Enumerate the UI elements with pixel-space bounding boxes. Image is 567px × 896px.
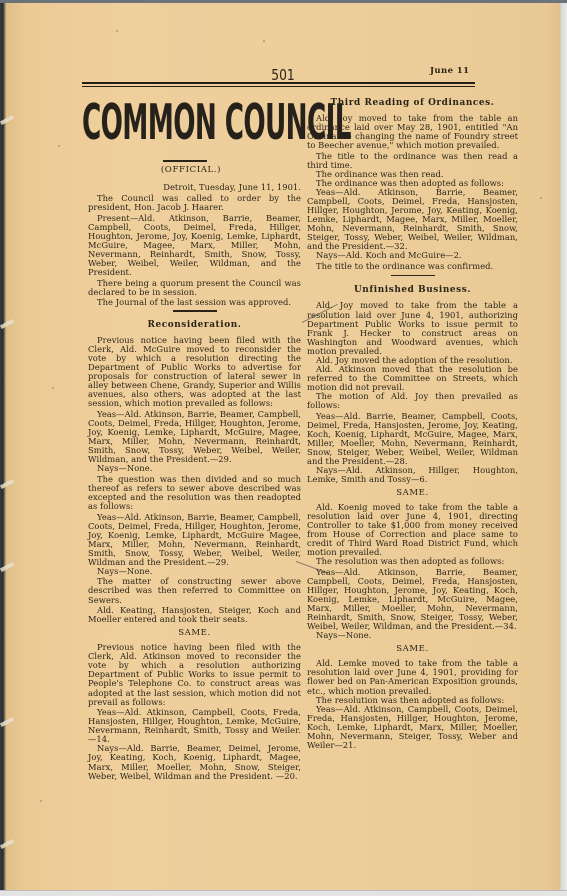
vote-yeas: Yeas—Ald. Atkinson, Barrie, Beamer, Camp… bbox=[88, 513, 301, 567]
masthead-title: COMMON COUNCIL bbox=[82, 92, 218, 155]
paragraph: The motion of Ald. Joy then prevailed as… bbox=[307, 392, 518, 410]
vote-nays: Nays—None. bbox=[88, 464, 301, 473]
section-heading-same: SAME. bbox=[307, 489, 518, 498]
vote-nays: Nays—Ald. Barrie, Beamer, Deimel, Jerome… bbox=[88, 744, 301, 780]
vote-yeas: Yeas—Ald. Atkinson, Barrie, Beamer, Camp… bbox=[88, 410, 301, 464]
paragraph: Ald. Atkinson moved that the resolution … bbox=[307, 365, 518, 392]
paragraph: Ald. Lemke moved to take from the table … bbox=[307, 659, 518, 695]
paragraph: The matter of constructing sewer above d… bbox=[88, 577, 301, 604]
book-binding bbox=[0, 3, 6, 890]
quorum-statement: There being a quorum present the Council… bbox=[88, 279, 301, 297]
paragraph: Ald. Joy moved to take from the table an… bbox=[307, 114, 518, 150]
section-heading-unfinished-business: Unfinished Business. bbox=[307, 286, 518, 295]
section-divider bbox=[173, 310, 217, 311]
section-heading-same: SAME. bbox=[88, 629, 301, 638]
journal-approved: The Journal of the last session was appr… bbox=[88, 298, 301, 307]
paragraph: Previous notice having been filed with t… bbox=[88, 643, 301, 706]
right-column: Third Reading of Ordinances. Ald. Joy mo… bbox=[307, 97, 518, 750]
header-rule bbox=[82, 82, 475, 84]
scanner-top-edge bbox=[0, 0, 567, 3]
paper-speck bbox=[263, 40, 265, 42]
vote-yeas: Yeas—Ald. Atkinson, Barrie, Beamer, Camp… bbox=[307, 188, 518, 251]
left-column: Detroit, Tuesday, June 11, 1901. The Cou… bbox=[88, 183, 301, 781]
vote-nays: Nays—Ald. Koch and McGuire—2. bbox=[307, 251, 518, 260]
paragraph: The resolution was then adopted as follo… bbox=[307, 557, 518, 566]
section-heading-same: SAME. bbox=[307, 645, 518, 654]
masthead-divider bbox=[163, 160, 207, 162]
paragraph: The title to the ordinance was then read… bbox=[307, 152, 518, 170]
call-to-order: The Council was called to order by the p… bbox=[88, 194, 301, 212]
paragraph: Previous notice having been filed with t… bbox=[88, 336, 301, 408]
paragraph: Ald. Joy moved to take from the table a … bbox=[307, 301, 518, 355]
vote-yeas: Yeas—Ald. Atkinson, Campbell, Coots, Dei… bbox=[307, 705, 518, 750]
header-rule-thin bbox=[82, 86, 475, 87]
paper-speck bbox=[540, 197, 542, 199]
vote-yeas: Yeas—Ald. Atkinson, Barrie, Beamer, Camp… bbox=[307, 568, 518, 631]
vote-nays: Nays—None. bbox=[307, 631, 518, 640]
section-heading-third-reading: Third Reading of Ordinances. bbox=[307, 99, 518, 108]
paper-speck bbox=[58, 145, 60, 147]
paper-speck bbox=[52, 387, 54, 389]
paragraph: Ald. Koenig moved to take from the table… bbox=[307, 503, 518, 557]
official-subtitle: (OFFICIAL.) bbox=[82, 165, 300, 175]
paragraph: Ald. Keating, Hansjosten, Steiger, Koch … bbox=[88, 606, 301, 624]
vote-nays: Nays—None. bbox=[88, 567, 301, 576]
page-date: June 11 bbox=[430, 66, 469, 76]
paper-speck bbox=[116, 30, 118, 32]
section-divider bbox=[391, 275, 435, 276]
paragraph: The question was then divided and so muc… bbox=[88, 475, 301, 511]
roll-call-present: Present—Ald. Atkinson, Barrie, Beamer, C… bbox=[88, 214, 301, 277]
section-heading-reconsideration: Reconsideration. bbox=[88, 321, 301, 330]
dateline: Detroit, Tuesday, June 11, 1901. bbox=[88, 183, 301, 192]
paper-speck bbox=[40, 800, 42, 802]
vote-yeas: Yeas—Ald. Atkinson, Campbell, Coots, Fre… bbox=[88, 708, 301, 744]
paragraph: The title to the ordinance was confirmed… bbox=[307, 262, 518, 271]
viewer-bottom-edge bbox=[0, 890, 567, 896]
vote-yeas: Yeas—Ald. Barrie, Beamer, Campbell, Coot… bbox=[307, 412, 518, 466]
vote-nays: Nays—Ald. Atkinson, Hillger, Houghton, L… bbox=[307, 466, 518, 484]
